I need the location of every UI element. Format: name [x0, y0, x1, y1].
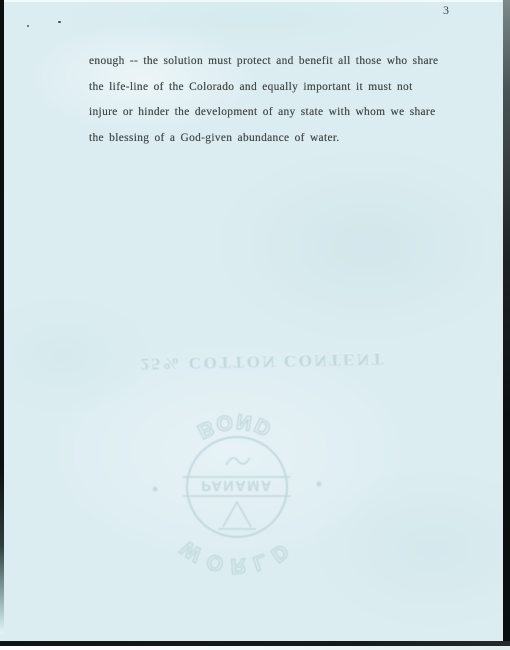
seal-dot-left — [153, 487, 158, 492]
scan-edge-bottom-margin — [0, 646, 510, 650]
seal-dot-right — [317, 482, 322, 487]
watermark-bond-seal: WORLD BOND PANAMA — [127, 377, 347, 597]
scan-edge-right — [503, 0, 510, 650]
seal-ring-text-bottom: WORLD — [177, 536, 298, 578]
page-number: 3 — [443, 3, 450, 18]
text-line: enough -- the solution must protect and … — [89, 49, 439, 75]
seal-stand-figure — [218, 502, 256, 529]
seal-eagle-figure — [226, 458, 250, 465]
scanned-document-page: 25% COTTON CONTENT WORLD BOND PANAMA — [0, 0, 510, 650]
seal-banner-text: PANAMA — [201, 477, 273, 493]
text-line: injure or hinder the development of any … — [89, 100, 439, 126]
text-line: the life-line of the Colorado and equall… — [89, 75, 439, 101]
dust-speck — [27, 25, 29, 27]
dust-speck — [58, 21, 61, 23]
scan-edge-top — [0, 0, 510, 2]
scan-edge-left — [0, 0, 4, 634]
text-line: the blessing of a God-given abundance of… — [89, 126, 439, 152]
body-paragraph: enough -- the solution must protect and … — [89, 49, 439, 151]
